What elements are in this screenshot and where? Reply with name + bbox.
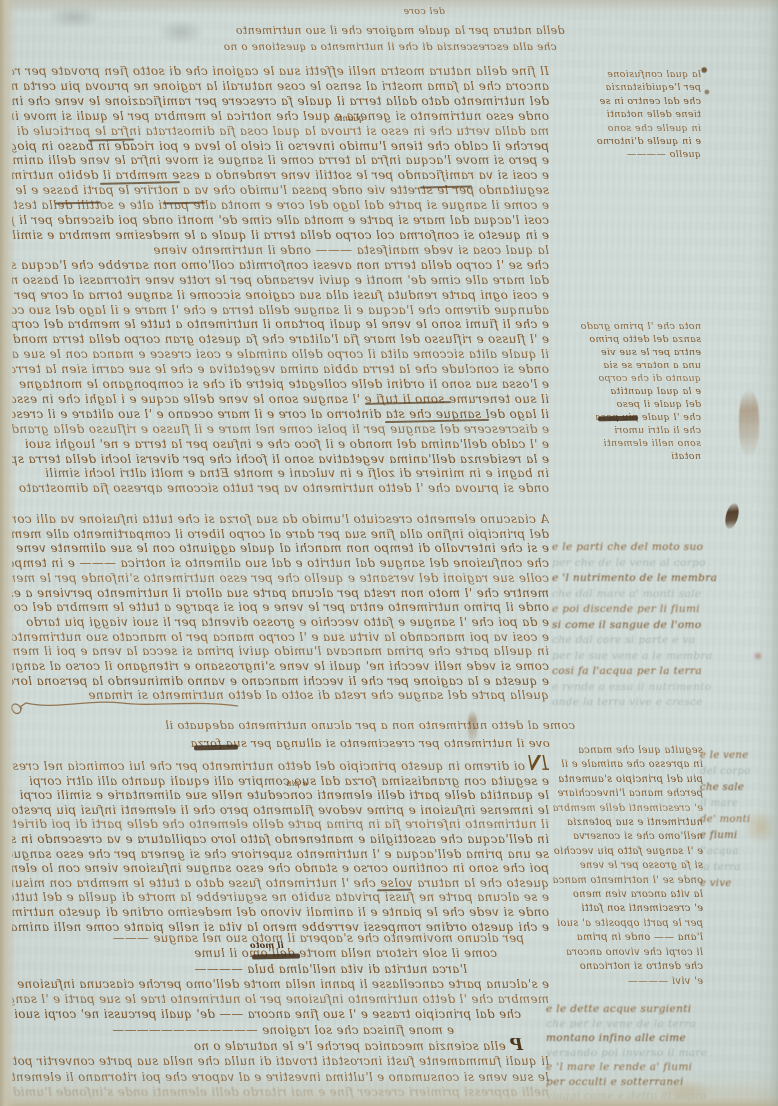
handwritten-line: ove il nutrimento per crescimento si all… bbox=[165, 735, 575, 753]
margin-note-top: la qual confusioneper l'equidistanziache… bbox=[588, 68, 701, 162]
inkblot-stain bbox=[723, 502, 741, 530]
handwritten-line: che dal mare a' monti sale bbox=[552, 587, 774, 603]
handwritten-line: che dal core si parte e va bbox=[552, 633, 774, 649]
handwritten-line: per che de le vene al corpo bbox=[552, 556, 774, 572]
handwritten-line: della natura per la quale magiore che il… bbox=[195, 24, 605, 37]
handwritten-line: e in quelle d'intorno bbox=[588, 135, 701, 148]
handwritten-line: si fa grosso per le vene bbox=[550, 859, 703, 873]
handwritten-line: onde si conclude che la terra abbia anim… bbox=[12, 362, 549, 377]
handwritten-line: per occulti e sotterranei bbox=[546, 1075, 774, 1090]
handwritten-line: se una prima dell'acqua e 'l nutrimento … bbox=[12, 847, 549, 862]
handwritten-line: che per le vene de la terra bbox=[546, 1017, 774, 1032]
handwritten-line: dal mare alle cime de' monti e quivi ver… bbox=[12, 273, 549, 288]
handwritten-line: entra per le sue vie bbox=[565, 346, 701, 359]
handwritten-line: ancora che la fama mostri al senso le co… bbox=[12, 79, 549, 94]
handwritten-line: e la residenza dell'anima vegetativa son… bbox=[12, 452, 549, 467]
handwritten-line: e le vene bbox=[700, 748, 776, 764]
handwritten-line: e se alcuna parte ne fussi privata subit… bbox=[12, 890, 549, 905]
handwritten-line: e 'l flusso e riflusso del mare fia l'al… bbox=[12, 332, 549, 347]
handwritten-line: come si vede nelli vecchi ne' quali le v… bbox=[12, 659, 549, 674]
handwritten-line: che dentro si notricano bbox=[550, 960, 703, 974]
handwritten-line: e cosi ogni parte renduta fussi alla sua… bbox=[12, 288, 549, 303]
handwritten-line: il mare bbox=[700, 796, 776, 812]
main-text-block-2: A ciascuno elemento cresciuto l'umido da… bbox=[12, 512, 549, 703]
handwritten-line: la qual cosa si vede manifesta ——— onde … bbox=[12, 243, 549, 258]
handwritten-line: e pero si move l'acqua infra la terra co… bbox=[12, 153, 549, 168]
handwritten-line: una a notare se sia bbox=[565, 359, 701, 372]
handwritten-line: nell'omo che si conserva bbox=[550, 830, 703, 844]
handwritten-line: l'arca nutrita di vita nell'alma bula ——… bbox=[12, 962, 549, 977]
manuscript-page: del core della natura per la quale magio… bbox=[0, 0, 778, 1106]
main-text-block-1: Il fine della natura mostra nelli effett… bbox=[12, 64, 549, 496]
handwritten-line: cosi l'acqua dal mare si parte e monta a… bbox=[12, 213, 549, 228]
handwritten-line: A ciascuno elemento cresciuto l'umido da… bbox=[12, 512, 549, 527]
margin-note-middle: nota che 'l primo gradosanza del detto p… bbox=[565, 320, 701, 463]
handwritten-line: che li altri umori bbox=[565, 424, 701, 437]
handwritten-line: il quale alita siccome alita il corpo de… bbox=[12, 347, 549, 362]
handwritten-line: per l'equidistanzia bbox=[588, 81, 701, 94]
handwritten-line: che alla escrescenzia di che il nutrimen… bbox=[190, 41, 590, 53]
handwritten-line: mentre che 'l moto non resta per alcuna … bbox=[12, 586, 549, 601]
interlinear-insertion: e piu bbox=[286, 779, 307, 789]
showthrough-text-bottom: e le dette acque surgientiche per le ven… bbox=[546, 1002, 774, 1104]
handwritten-line: de' monti bbox=[700, 812, 776, 828]
handwritten-line: cosi fa l'acqua per la terra bbox=[552, 664, 774, 680]
handwritten-line: e 'l nutrimento de le membra bbox=[552, 571, 774, 587]
handwritten-line: onde esso nutrimento si genera e quel ch… bbox=[12, 109, 549, 124]
handwritten-line: in quelle che sono bbox=[588, 122, 701, 135]
handwritten-line: montano infino alle cime bbox=[546, 1031, 774, 1046]
interlinear-insertion: quanto bbox=[334, 114, 364, 124]
handwritten-line: tiene delle notanti bbox=[588, 108, 701, 121]
handwritten-line: Il fine della natura mostra nelli effett… bbox=[12, 64, 549, 79]
handwritten-line: e 'l caldo dell'anima del mondo e il foc… bbox=[12, 437, 549, 452]
handwritten-line: nelli appressi primieri crescer fine e m… bbox=[12, 1085, 549, 1100]
handwritten-line: la qual confusione bbox=[588, 68, 701, 81]
handwritten-line: e discrescere del sangue per li polsi co… bbox=[12, 422, 549, 437]
handwritten-line: nutrimenti e sua potenzia bbox=[550, 816, 703, 830]
main-text-block-3: Noi diremo in questo principio del detto… bbox=[12, 755, 549, 934]
handwritten-line: la vita ancora vien meno bbox=[550, 888, 703, 902]
handwritten-line: e' crescimenti son fatti bbox=[550, 902, 703, 916]
handwritten-line: che se 'l corpo della terra non avessi c… bbox=[12, 258, 549, 273]
handwritten-line: e' vivi ———— bbox=[550, 975, 703, 989]
handwritten-line: le sue vene si consumano e l'ultima inve… bbox=[12, 1070, 549, 1085]
handwritten-line: e s'alcuna parte cancellasse li panni ne… bbox=[12, 977, 549, 992]
handwritten-line: adunque diremo che l'acqua e il sangue d… bbox=[12, 303, 549, 318]
handwritten-line: in dell'acqua che assottiglia e mantenen… bbox=[12, 832, 549, 847]
handwritten-line: onde si pruova che 'l detto nutrimento v… bbox=[12, 481, 549, 496]
handwritten-line: e poi discende per li fiumi bbox=[552, 602, 774, 618]
smudge-stain bbox=[48, 6, 100, 28]
handwritten-line: in bagni e in miniere di zolfi e in vulc… bbox=[12, 466, 549, 481]
handwritten-line: e fiumi bbox=[700, 828, 776, 844]
handwritten-line: e 'l mare le rende a' fiumi bbox=[546, 1060, 774, 1075]
handwritten-line: l'acqua bbox=[700, 844, 776, 860]
handwritten-line: in quella parte che prima mancava l'umid… bbox=[12, 644, 549, 659]
header-catchword: del core bbox=[384, 6, 464, 17]
handwritten-line: le quantita delle parti delli elementi c… bbox=[12, 788, 549, 803]
interlinear-insertion: il moto bbox=[250, 941, 284, 951]
handwritten-line: del corpo bbox=[700, 764, 776, 780]
handwritten-line: e le parti che del moto suo bbox=[552, 540, 774, 556]
strikethrough-correction bbox=[194, 745, 238, 750]
handwritten-line: la terra bbox=[700, 860, 776, 876]
handwritten-line: ma dalla vertu che in esso si truova la … bbox=[12, 124, 549, 139]
handwritten-line: per le parti opposite a' suoi bbox=[550, 917, 703, 931]
handwritten-line: poi che sono in continuo corso e stando … bbox=[12, 861, 549, 876]
handwritten-line: piu del principio s'aumenta bbox=[550, 773, 703, 787]
handwritten-line: perche manca l'invecchiare bbox=[550, 787, 703, 801]
handwritten-line: le inmense infusioni e prime vedove fila… bbox=[12, 803, 549, 818]
pen-flourish bbox=[8, 698, 240, 718]
handwritten-line: che sale bbox=[700, 780, 776, 796]
margin-note-bottom: seguita quel che mancain apresso che ani… bbox=[550, 744, 703, 989]
handwritten-line: onde se 'l notrimento manca bbox=[550, 874, 703, 888]
handwritten-line: P ella scienzia mecanica perche l'e le n… bbox=[12, 1038, 549, 1054]
handwritten-line: il suo tenerume sono li tufi e 'l sangue… bbox=[12, 392, 549, 407]
header-title-line-1: della natura per la quale magiore che il… bbox=[195, 24, 605, 37]
handwritten-line: del core bbox=[384, 6, 464, 17]
handwritten-line: si come il sangue de l'omo bbox=[552, 618, 774, 634]
handwritten-line: quello ———— bbox=[588, 148, 701, 161]
handwritten-line: questo che la natura volse che 'l nutrim… bbox=[12, 876, 549, 891]
handwritten-line: e rende a essa il nutrimento bbox=[552, 680, 774, 696]
handwritten-line: e cosi va poi mancando la virtu sua e 'l… bbox=[12, 630, 549, 645]
handwritten-line: onde il primo nutrimento entra per le ve… bbox=[12, 600, 549, 615]
handwritten-line: per le sue vene a le membra bbox=[552, 649, 774, 665]
showthrough-text-edge: e le venedel corpoche saleil marede' mon… bbox=[700, 748, 776, 892]
handwritten-line: membra che 'l detto nutrimento infusione… bbox=[12, 992, 549, 1007]
handwritten-line: onde si vede che le piante e li animali … bbox=[12, 905, 549, 920]
handwritten-line: nota che 'l primo grado bbox=[565, 320, 701, 333]
handwritten-line: e questa e la cagione per che li vecchi … bbox=[12, 674, 549, 689]
handwritten-line: che dal centro in se bbox=[588, 95, 701, 108]
handwritten-line: notati bbox=[565, 450, 701, 463]
handwritten-line: e le dette acque surgienti bbox=[546, 1002, 774, 1017]
handwritten-line: e come il sangue si parte dal lago del c… bbox=[12, 198, 549, 213]
handwritten-line: li quali fummamente fusti incrostati tro… bbox=[12, 1054, 549, 1069]
handwritten-line: come al detto nutrimento non a per alcun… bbox=[165, 717, 575, 735]
handwritten-line: del principio infino alla fine sua per d… bbox=[12, 527, 549, 542]
handwritten-line: in apresso che animale e il bbox=[550, 758, 703, 772]
handwritten-line: e la qual quantita bbox=[565, 385, 701, 398]
handwritten-line: sono nelli elementi bbox=[565, 437, 701, 450]
showthrough-text-right: e le parti che del moto suoper che de le… bbox=[552, 540, 774, 711]
handwritten-line: del quale il peso bbox=[565, 398, 701, 411]
handwritten-line: e 'l sangue fatto piu vecchio bbox=[550, 845, 703, 859]
handwritten-line: l'ana —— onde in prima bbox=[550, 931, 703, 945]
handwritten-line: il nutrimento inferiore fia in prima par… bbox=[12, 817, 549, 832]
handwritten-line: e cosi si va ramificando per le sottili … bbox=[12, 168, 549, 183]
handwritten-line: e l'ossa sua sono li ordini delle colleg… bbox=[12, 377, 549, 392]
streak-stain bbox=[739, 390, 759, 456]
handwritten-line: che confusione del sangue dal nutrito e … bbox=[12, 556, 549, 571]
handwritten-line: li corpi che vivono ancora bbox=[550, 946, 703, 960]
handwritten-line: e che li fiumi sono le vene le quali por… bbox=[12, 317, 549, 332]
handwritten-line: sanza del detto primo bbox=[565, 333, 701, 346]
handwritten-line: del nutrimento dato dalla terra il quale… bbox=[12, 94, 549, 109]
handwritten-line: colle sue ragioni del versante e quello … bbox=[12, 571, 549, 586]
handwritten-line: e si che intervallo di tempo non manchi … bbox=[12, 541, 549, 556]
handwritten-line: e seguita con grandissima forza dal suo … bbox=[12, 774, 549, 789]
handwritten-line: viaggi come e detto di sopra bbox=[546, 1089, 774, 1104]
handwritten-line: che dal principio trasse e 'l suo fine a… bbox=[12, 1007, 549, 1022]
handwritten-line: quanto di che corpo bbox=[565, 372, 701, 385]
handwritten-line: e in questo si conforma col corpo della … bbox=[12, 228, 549, 243]
handwritten-line: e da poi che 'l sangue e fatto vecchio e… bbox=[12, 615, 549, 630]
handwritten-line: versando poi inverso il mare bbox=[546, 1046, 774, 1061]
handwritten-line: e mone finisca che sol ragione —————————… bbox=[12, 1023, 549, 1038]
header-title-line-2: che alla escrescenzia di che il nutrimen… bbox=[190, 41, 590, 53]
handwritten-line: Noi diremo in questo principio del detto… bbox=[12, 755, 549, 774]
handwritten-line: e' crescimenti delle membra bbox=[550, 802, 703, 816]
strikethrough-correction bbox=[598, 416, 638, 421]
handwritten-line: e vive bbox=[700, 876, 776, 892]
handwritten-line: onde la terra vive e cresce bbox=[552, 695, 774, 711]
